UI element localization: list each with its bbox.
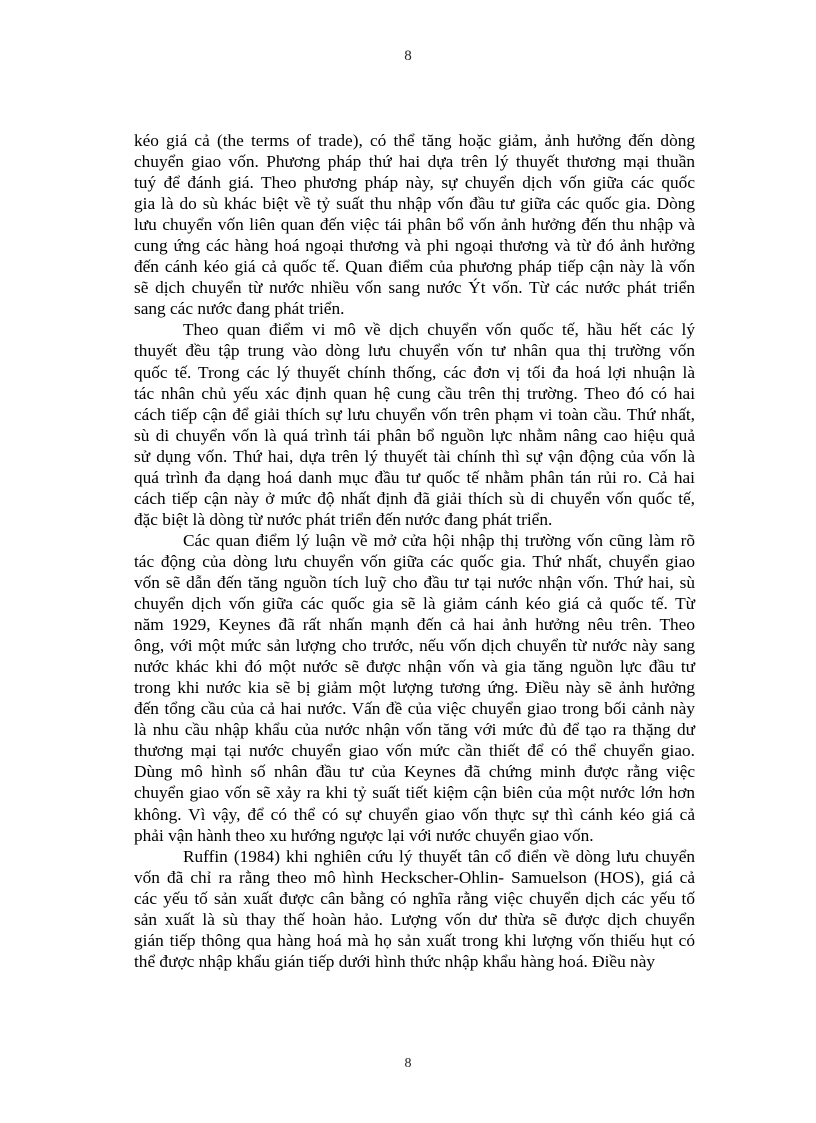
text-line: Ruffin (1984) khi nghiên cứu lý thuyết t… <box>134 846 695 867</box>
text-line: đến cánh kéo giá cả quốc tế. Quan điểm c… <box>134 256 695 277</box>
text-line: thương mại tại nước chuyển giao vốn mức … <box>134 740 695 761</box>
text-line: là nhu cầu nhập khẩu của nước nhận vốn t… <box>134 719 695 740</box>
text-line: trong khi nước kia sẽ bị giảm một lượng … <box>134 677 695 698</box>
text-line: tác động của dòng lưu chuyển vốn giữa cá… <box>134 551 695 572</box>
text-line: thuyết đều tập trung vào dòng lưu chuyển… <box>134 340 695 361</box>
text-line: lưu chuyển vốn liên quan đến việc tái ph… <box>134 214 695 235</box>
paragraph-3: Các quan điểm lý luận về mở cửa hội nhập… <box>134 530 695 846</box>
text-line: Các quan điểm lý luận về mở cửa hội nhập… <box>134 530 695 551</box>
text-line: phải vận hành theo xu hướng ngược lại vớ… <box>134 825 695 846</box>
text-line: Dùng mô hình số nhân đầu tư của Keynes đ… <box>134 761 695 782</box>
text-line: các yếu tố sản xuất được cân bằng có ngh… <box>134 888 695 909</box>
text-line: sù di chuyển vốn là quá trình tái phân b… <box>134 425 695 446</box>
document-body: kéo giá cả (the terms of trade), có thể … <box>134 130 695 972</box>
text-line: sang các nước đang phát triển. <box>134 298 695 319</box>
text-line: cách tiếp cận để giải thích sự lưu chuyể… <box>134 404 695 425</box>
text-line: tuý để đánh giá. Theo phương pháp này, s… <box>134 172 695 193</box>
text-line: tác nhân chủ yếu xác định quan hệ cung c… <box>134 383 695 404</box>
text-line: quốc tế. Trong các lý thuyết chính thống… <box>134 362 695 383</box>
paragraph-4: Ruffin (1984) khi nghiên cứu lý thuyết t… <box>134 846 695 972</box>
text-line: ông, với một mức sản lượng cho trước, nế… <box>134 635 695 656</box>
text-line: chuyển giao vốn sẽ xảy ra khi tỷ suất ti… <box>134 782 695 803</box>
text-line: đặc biệt là dòng từ nước phát triển đến … <box>134 509 695 530</box>
text-line: nước khác khi đó một nước sẽ được nhận v… <box>134 656 695 677</box>
text-line: cách tiếp cận này ở mức độ nhất định đã … <box>134 488 695 509</box>
footer-page-number: 8 <box>0 1056 816 1072</box>
text-line: cung ứng các hàng hoá ngoại thương và ph… <box>134 235 695 256</box>
header-page-number: 8 <box>0 48 816 65</box>
text-line: chuyển giao vốn. Phương pháp thứ hai dựa… <box>134 151 695 172</box>
text-line: đến tổng cầu của cả hai nước. Vấn đề của… <box>134 698 695 719</box>
text-line: sản xuất là sù thay thế hoàn hảo. Lượng … <box>134 909 695 930</box>
text-line: chuyển dịch vốn giữa các quốc gia sẽ là … <box>134 593 695 614</box>
text-line: vốn sẽ dẫn đến tăng nguồn tích luỹ cho đ… <box>134 572 695 593</box>
paragraph-2: Theo quan điểm vi mô về dịch chuyển vốn … <box>134 319 695 529</box>
paragraph-1: kéo giá cả (the terms of trade), có thể … <box>134 130 695 319</box>
text-line: sẽ dịch chuyển từ nước nhiều vốn sang nư… <box>134 277 695 298</box>
text-line: Theo quan điểm vi mô về dịch chuyển vốn … <box>134 319 695 340</box>
text-line: không. Vì vậy, để có thể có sự chuyển gi… <box>134 804 695 825</box>
text-line: gia là do sù khác biệt về tỷ suất thu nh… <box>134 193 695 214</box>
text-line: quá trình đa dạng hoá danh mục đầu tư qu… <box>134 467 695 488</box>
text-line: năm 1929, Keynes đã rất nhấn mạnh đến cả… <box>134 614 695 635</box>
text-line: gián tiếp thông qua hàng hoá mà họ sản x… <box>134 930 695 951</box>
text-line: thể được nhập khẩu gián tiếp dưới hình t… <box>134 951 695 972</box>
text-line: vốn đã chỉ ra rằng theo mô hình Hecksche… <box>134 867 695 888</box>
text-line: sử dụng vốn. Thứ hai, dựa trên lý thuyết… <box>134 446 695 467</box>
text-line: kéo giá cả (the terms of trade), có thể … <box>134 130 695 151</box>
